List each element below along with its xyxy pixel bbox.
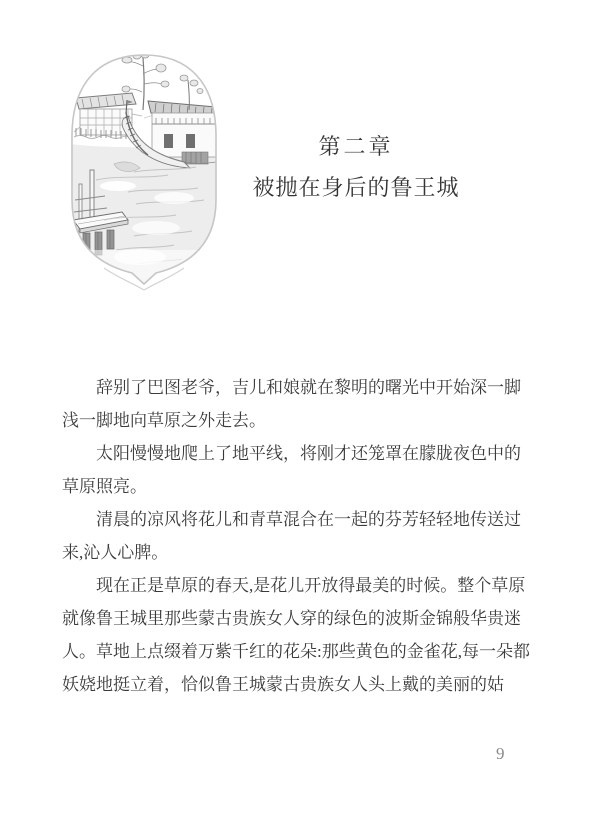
body-paragraph-4: 现在正是草原的春天,是花儿开放得最美的时候。整个草原就像鲁王城里那些蒙古贵族女人… [62, 569, 532, 701]
waterside-village-sketch-illustration [70, 52, 218, 292]
book-page: 第二章 被抛在身后的鲁王城 辞别了巴图老爷，吉儿和娘就在黎明的曙光中开始深一脚浅… [0, 0, 600, 837]
chapter-title: 第二章 [238, 134, 474, 160]
body-paragraph-3: 清晨的凉风将花儿和青草混合在一起的芬芳轻轻地传送过来,沁人心脾。 [62, 503, 532, 569]
chapter-subtitle: 被抛在身后的鲁王城 [238, 175, 474, 201]
page-number: 9 [496, 744, 505, 764]
body-paragraph-2: 太阳慢慢地爬上了地平线，将刚才还笼罩在朦胧夜色中的草原照亮。 [62, 437, 532, 503]
body-paragraph-1: 辞别了巴图老爷，吉儿和娘就在黎明的曙光中开始深一脚浅一脚地向草原之外走去。 [62, 371, 532, 437]
chapter-vignette [70, 52, 218, 292]
body-text: 辞别了巴图老爷，吉儿和娘就在黎明的曙光中开始深一脚浅一脚地向草原之外走去。 太阳… [62, 371, 532, 701]
chapter-heading: 第二章 被抛在身后的鲁王城 [238, 134, 474, 201]
